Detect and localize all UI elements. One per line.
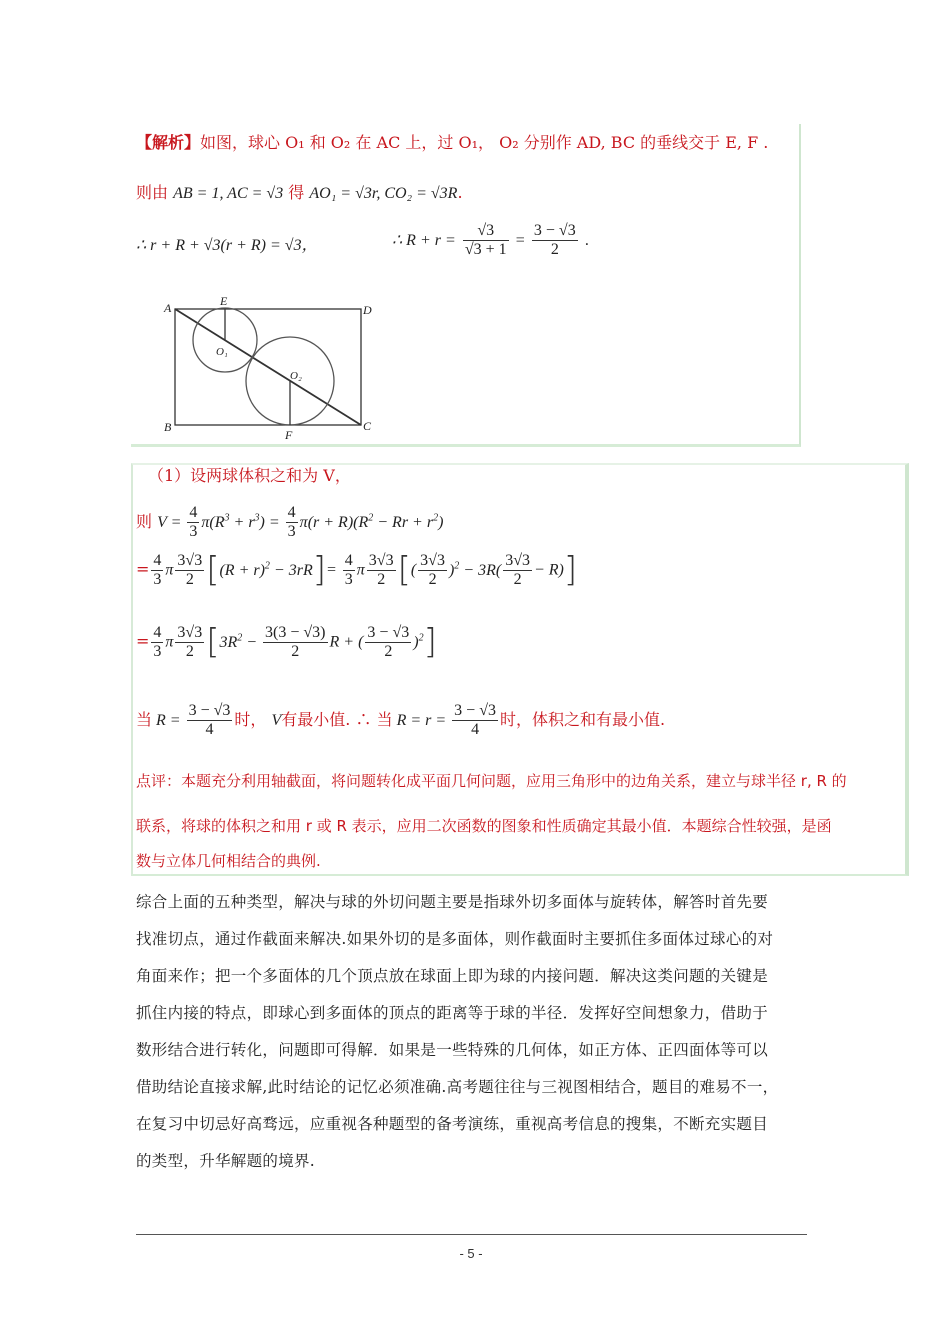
text: ∴ 当	[355, 710, 392, 729]
numerator: 3 − √3	[532, 222, 578, 241]
fraction: 43	[286, 504, 298, 541]
analysis-line-2: 则由 AB = 1, AC = √3 得 AO₁ = √3r, CO₂ = √3…	[136, 180, 463, 203]
comment-line-2: 联系，将球的体积之和用 r 或 R 表示，应用二次函数的图象和性质确定其最小值．…	[136, 815, 832, 836]
paragraph-line: 借助结论直接求解,此时结论的记忆必须准确.高考题往往与三视图相结合，题目的难易不…	[136, 1069, 808, 1106]
label-c: C	[363, 419, 372, 433]
summary-paragraph: 综合上面的五种类型，解决与球的外切问题主要是指球外切多面体与旋转体，解答时首先要…	[136, 884, 808, 1180]
label-o1: O₁	[216, 346, 228, 358]
analysis-label: 【解析】	[136, 133, 200, 152]
comment-line-3: 数与立体几何相结合的典例.	[136, 850, 321, 871]
paragraph-line: 综合上面的五种类型，解决与球的外切问题主要是指球外切多面体与旋转体，解答时首先要	[136, 884, 808, 921]
diagonal-ac	[175, 309, 361, 425]
equals: =	[516, 232, 525, 249]
geometry-figure: A D B C E F O₁ O₂	[160, 292, 390, 442]
step-prefix: 则	[136, 512, 152, 531]
math-expr: AB = 1, AC = √3	[173, 185, 283, 202]
analysis-text-1: 如图，球心 O₁ 和 O₂ 在 AC 上，过 O₁， O₂ 分别作 AD, BC…	[200, 133, 768, 152]
paragraph-line: 数形结合进行转化，问题即可得解．如果是一些特殊的几何体，如正方体、正四面体等可以	[136, 1032, 808, 1069]
fraction: 43	[187, 504, 199, 541]
math-expr: π(R3 + r3) =	[201, 514, 283, 531]
denominator: √3 + 1	[463, 241, 509, 259]
paragraph-line: 在复习中切忌好高骛远，应重视各种题型的备考演练，重视高考信息的搜集，不断充实题目	[136, 1106, 808, 1143]
paragraph-line: 找准切点，通过作截面来解决.如果外切的是多面体，则作截面时主要抓住多面体过球心的…	[136, 921, 808, 958]
denominator: 3	[187, 523, 199, 541]
analysis-prefix: 则由	[136, 183, 168, 202]
label-e: E	[219, 294, 228, 308]
paragraph-line: 角面来作；把一个多面体的几个顶点放在球面上即为球的内接问题．解决这类问题的关键是	[136, 958, 808, 995]
label-o2: O₂	[290, 370, 302, 382]
solution-step-4: =43π3√32[3R2 − 3(3 − √3)2R + (3 − √32)2]	[136, 622, 437, 662]
text: 时，体积之和有最小值.	[500, 710, 665, 729]
denominator: 2	[532, 241, 578, 259]
label-d: D	[362, 303, 372, 317]
fraction: 3 − √32	[532, 222, 578, 259]
paragraph-line: 抓住内接的特点，即球心到多面体的顶点的距离等于球的半径．发挥好空间想象力，借助于	[136, 995, 808, 1032]
solution-step-5: 当 R = 3 − √34时， V有最小值. ∴ 当 R = r = 3 − √…	[136, 702, 665, 739]
analysis-mid: 得	[288, 183, 304, 202]
math-var: V	[272, 712, 282, 729]
math-expr: ∴ R + r =	[392, 232, 456, 249]
analysis-line-3: ∴ r + R + √3(r + R) = √3，	[136, 232, 318, 255]
solution-step-1: （1）设两球体积之和为 V，	[148, 463, 351, 486]
analysis-line-3-right: ∴ R + r = √3√3 + 1 = 3 − √32 .	[392, 222, 589, 259]
denominator: 3	[286, 523, 298, 541]
label-b: B	[164, 420, 172, 434]
solution-step-2: 则 V = 43π(R3 + r3) = 43π(r + R)(R2 − Rr …	[136, 504, 443, 541]
label-f: F	[284, 428, 293, 442]
math-expr: V =	[157, 514, 185, 531]
page-number: - 5 -	[0, 1246, 942, 1261]
fraction: √3√3 + 1	[463, 222, 509, 259]
step-prefix: 当	[136, 710, 152, 729]
label-a: A	[163, 301, 172, 315]
footer-divider	[136, 1234, 807, 1235]
solution-step-3: =43π3√32[(R + r)2 − 3rR]= 43π3√32[(3√32)…	[136, 550, 577, 590]
math-expr: π(r + R)(R2 − Rr + r2)	[300, 514, 444, 531]
numerator: 4	[286, 504, 298, 523]
period: .	[457, 183, 462, 202]
text: 时，	[234, 710, 266, 729]
math-expr: AO₁ = √3r, CO₂ = √3R	[309, 185, 457, 202]
text: 有最小值.	[281, 710, 350, 729]
paragraph-line: 的类型，升华解题的境界.	[136, 1143, 808, 1180]
math-expr: ∴ r + R + √3(r + R) = √3，	[136, 237, 318, 254]
numerator: √3	[463, 222, 509, 241]
numerator: 4	[187, 504, 199, 523]
analysis-line-1: 【解析】如图，球心 O₁ 和 O₂ 在 AC 上，过 O₁， O₂ 分别作 AD…	[136, 130, 768, 153]
period: .	[585, 232, 589, 249]
comment-line-1: 点评：本题充分利用轴截面，将问题转化成平面几何问题，应用三角形中的边角关系，建立…	[136, 770, 847, 791]
